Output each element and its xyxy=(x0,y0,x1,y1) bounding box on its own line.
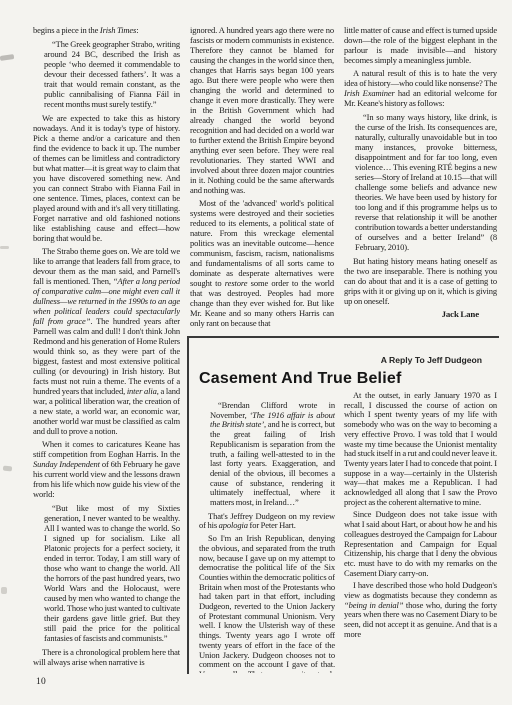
blockquote: “But like most of my Sixties generation,… xyxy=(44,503,180,643)
paragraph: ignored. A hundred years ago there were … xyxy=(190,25,334,195)
blockquote: “Brendan Clifford wrote in November, ‘Th… xyxy=(210,401,335,508)
paragraph: There is a chronological problem here th… xyxy=(33,647,180,667)
author-signature: Jack Lane xyxy=(344,309,497,319)
paragraph: I have described those who hold Dudgeon'… xyxy=(344,581,497,639)
scan-artifact xyxy=(0,54,14,61)
scan-artifact xyxy=(1,587,7,594)
paragraph: When it comes to caricatures Keane has s… xyxy=(33,439,180,499)
page-number: 10 xyxy=(36,677,46,687)
article-title: Casement And True Belief xyxy=(199,370,499,388)
scan-artifact xyxy=(3,466,12,472)
right-column: little matter of cause and effect is tur… xyxy=(344,25,497,333)
paragraph: begins a piece in the Irish Times: xyxy=(33,25,180,35)
reply-label: A Reply To Jeff Dudgeon xyxy=(330,355,482,365)
paragraph: But hating history means hating oneself … xyxy=(344,256,497,306)
blockquote: “The Greek geographer Strabo, writing ar… xyxy=(44,39,180,109)
article-box-left-rule xyxy=(187,336,189,674)
paragraph: little matter of cause and effect is tur… xyxy=(344,25,497,65)
casement-left-column: “Brendan Clifford wrote in November, ‘Th… xyxy=(199,401,335,673)
paragraph: At the outset, in early January 1970 as … xyxy=(344,391,497,507)
paragraph: A natural result of this is to hate the … xyxy=(344,68,497,108)
casement-right-column: At the outset, in early January 1970 as … xyxy=(344,391,497,675)
paragraph: We are expected to take this as history … xyxy=(33,113,180,243)
paragraph: Since Dudgeon does not take issue with w… xyxy=(344,510,497,578)
middle-column: ignored. A hundred years ago there were … xyxy=(190,25,334,333)
paragraph: The Strabo theme goes on. We are told we… xyxy=(33,246,180,436)
left-column: begins a piece in the Irish Times: “The … xyxy=(33,25,180,670)
paragraph: So I'm an Irish Republican, denying the … xyxy=(199,534,335,673)
paragraph: That's Jeffrey Dudgeon on my review of h… xyxy=(199,512,335,531)
blockquote: “In so many ways history, like drink, is… xyxy=(355,112,497,252)
article-box-top-rule xyxy=(187,336,499,338)
paragraph: Most of the 'advanced' world's political… xyxy=(190,198,334,328)
scan-artifact xyxy=(0,246,9,249)
scanned-magazine-page: begins a piece in the Irish Times: “The … xyxy=(0,0,512,705)
